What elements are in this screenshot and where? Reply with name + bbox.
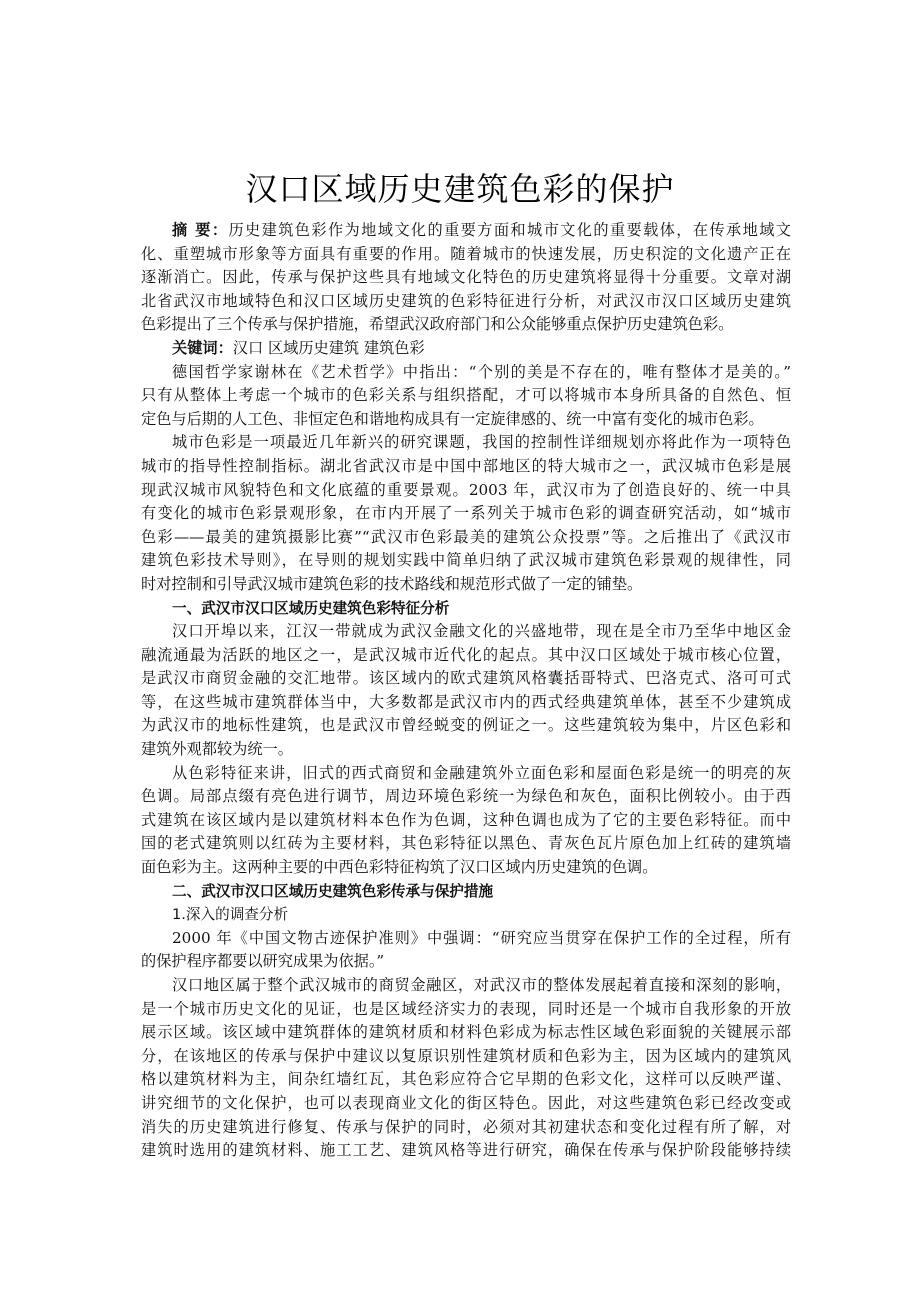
paragraph-line: 从色彩特征来讲，旧式的西式商贸和金融建筑外立面色彩和屋面色彩是统一的明亮的灰 xyxy=(141,762,791,786)
abstract-label: 摘 要： xyxy=(172,221,228,239)
paragraph-line: 建筑色彩技术导则》，在导则的规划实践中简单归纳了武汉城市建筑色彩景观的规律性，同 xyxy=(141,549,791,573)
paragraph-line: 是一个城市历史文化的见证，也是区域经济实力的表现，同时还是一个城市自我形象的开放 xyxy=(141,998,791,1022)
paragraph-line: 国的老式建筑则以红砖为主要材料，其色彩特征以黑色、青灰色瓦片原色加上红砖的建筑墙 xyxy=(141,832,791,856)
paragraph-line: 消失的历史建筑进行修复、传承与保护的同时，必须对其初建状态和变化过程有所了解，对 xyxy=(141,1116,791,1140)
paragraph-line: 城市色彩是一项最近几年新兴的研究课题，我国的控制性详细规划亦将此作为一项特色 xyxy=(141,431,791,455)
keywords-text: 汉口 区域历史建筑 建筑色彩 xyxy=(233,339,425,357)
abstract-line: 逐渐消亡。因此，传承与保护这些具有地域文化特色的历史建筑将显得十分重要。文章对湖 xyxy=(141,266,791,290)
paragraph-line: 汉口地区属于整个武汉城市的商贸金融区，对武汉市的整体发展起着直接和深刻的影响， xyxy=(141,974,791,998)
paragraph-line: 色彩——最美的建筑摄影比赛”“武汉市色彩最美的建筑公众投票”等。之后推出了《武汉… xyxy=(141,526,791,550)
paragraph-line: 的保护程序都要以研究成果为依据。” xyxy=(141,950,791,974)
paragraph-line: 色调。局部点缀有亮色进行调节，周边环境色彩统一为绿色和灰色，面积比例较小。由于西 xyxy=(141,785,791,809)
paragraph-intro-2: 城市色彩是一项最近几年新兴的研究课题，我国的控制性详细规划亦将此作为一项特色 城… xyxy=(141,431,791,596)
section-2-subheading: 1.深入的调查分析 xyxy=(141,903,791,927)
paragraph-line: 融流通最为活跃的地区之一，是武汉城市近代化的起点。其中汉口区域处于城市核心位置， xyxy=(141,644,791,668)
paragraph-line: 格以建筑材料为主，间杂红墙红瓦，其色彩应符合它早期的色彩文化，这样可以反映严谨、 xyxy=(141,1068,791,1092)
section-2-heading: 二、武汉市汉口区域历史建筑色彩传承与保护措施 xyxy=(141,880,791,904)
paragraph-line: 定色与后期的人工色、非恒定色和谐地构成具有一定旋律感的、统一中富有变化的城市色彩… xyxy=(141,408,791,432)
section-2-paragraph-2: 汉口地区属于整个武汉城市的商贸金融区，对武汉市的整体发展起着直接和深刻的影响， … xyxy=(141,974,791,1163)
paragraph-line: 德国哲学家谢林在《艺术哲学》中指出：“个别的美是不存在的，唯有整体才是美的。” xyxy=(141,361,791,385)
document-body: 摘 要：历史建筑色彩作为地域文化的重要方面和城市文化的重要载体，在传承地域文 化… xyxy=(141,219,791,1163)
abstract-line: 化、重塑城市形象等方面具有重要的作用。随着城市的快速发展，历史积淀的文化遗产正在 xyxy=(141,243,791,267)
paragraph-line: 讲究细节的文化保护，也可以表现商业文化的街区特色。因此，对这些建筑色彩已经改变或 xyxy=(141,1092,791,1116)
section-2-paragraph-1: 2000 年《中国文物古迹保护准则》中强调：“研究应当贯穿在保护工作的全过程，所… xyxy=(141,927,791,974)
paragraph-intro-1: 德国哲学家谢林在《艺术哲学》中指出：“个别的美是不存在的，唯有整体才是美的。” … xyxy=(141,361,791,432)
paragraph-line: 展示区域。该区域中建筑群体的建筑材质和材料色彩成为标志性区域色彩面貌的关键展示部 xyxy=(141,1021,791,1045)
paragraph-line: 城市的指导性控制指标。湖北省武汉市是中国中部地区的特大城市之一，武汉城市色彩是展 xyxy=(141,455,791,479)
abstract-line: 色彩提出了三个传承与保护措施，希望武汉政府部门和公众能够重点保护历史建筑色彩。 xyxy=(141,313,791,337)
paragraph-line: 汉口开埠以来，江汉一带就成为武汉金融文化的兴盛地带，现在是全市乃至华中地区金 xyxy=(141,620,791,644)
abstract-line: 北省武汉市地域特色和汉口区域历史建筑的色彩特征进行分析，对武汉市汉口区域历史建筑 xyxy=(141,290,791,314)
document-page: 汉口区域历史建筑色彩的保护 摘 要：历史建筑色彩作为地域文化的重要方面和城市文化… xyxy=(0,0,920,1302)
paragraph-line: 式建筑在该区域内是以建筑材料本色作为色调，这种色调也成为了它的主要色彩特征。而中 xyxy=(141,809,791,833)
abstract: 摘 要：历史建筑色彩作为地域文化的重要方面和城市文化的重要载体，在传承地域文 化… xyxy=(141,219,791,337)
paragraph-line: 现武汉城市风貌特色和文化底蕴的重要景观。2003 年，武汉市为了创造良好的、统一… xyxy=(141,479,791,503)
paragraph-line: 有变化的城市色彩景观形象，在市内开展了一系列关于城市色彩的调查研究活动，如“城市 xyxy=(141,502,791,526)
paragraph-line: 建筑外观都较为统一。 xyxy=(141,738,791,762)
paragraph-line: 时对控制和引导武汉城市建筑色彩的技术路线和规范形式做了一定的铺垫。 xyxy=(141,573,791,597)
paragraph-line: 为武汉市的地标性建筑，也是武汉市曾经蜕变的例证之一。这些建筑较为集中，片区色彩和 xyxy=(141,714,791,738)
paragraph-line: 分，在该地区的传承与保护中建议以复原识别性建筑材质和色彩为主，因为区域内的建筑风 xyxy=(141,1045,791,1069)
paragraph-line: 只有从整体上考虑一个城市的色彩关系与组织搭配，才可以将城市本身所具备的自然色、恒 xyxy=(141,384,791,408)
section-1-heading: 一、武汉市汉口区域历史建筑色彩特征分析 xyxy=(141,597,791,621)
paragraph-line: 是武汉市商贸金融的交汇地带。该区域内的欧式建筑风格囊括哥特式、巴洛克式、洛可可式 xyxy=(141,667,791,691)
keywords: 关键词：汉口 区域历史建筑 建筑色彩 xyxy=(141,337,791,361)
paragraph-line: 建筑时选用的建筑材料、施工工艺、建筑风格等进行研究，确保在传承与保护阶段能够持续 xyxy=(141,1139,791,1163)
paragraph-line: 面色彩为主。这两种主要的中西色彩特征构筑了汉口区域内历史建筑的色调。 xyxy=(141,856,791,880)
document-title: 汉口区域历史建筑色彩的保护 xyxy=(0,167,920,211)
section-1-paragraph-2: 从色彩特征来讲，旧式的西式商贸和金融建筑外立面色彩和屋面色彩是统一的明亮的灰 色… xyxy=(141,762,791,880)
section-1-paragraph-1: 汉口开埠以来，江汉一带就成为武汉金融文化的兴盛地带，现在是全市乃至华中地区金 融… xyxy=(141,620,791,762)
abstract-line: 历史建筑色彩作为地域文化的重要方面和城市文化的重要载体，在传承地域文 xyxy=(228,221,791,239)
paragraph-line: 等，在这些城市建筑群体当中，大多数都是武汉市内的西式经典建筑单体，甚至不少建筑成 xyxy=(141,691,791,715)
paragraph-line: 2000 年《中国文物古迹保护准则》中强调：“研究应当贯穿在保护工作的全过程，所… xyxy=(141,927,791,951)
keywords-label: 关键词： xyxy=(172,339,233,357)
